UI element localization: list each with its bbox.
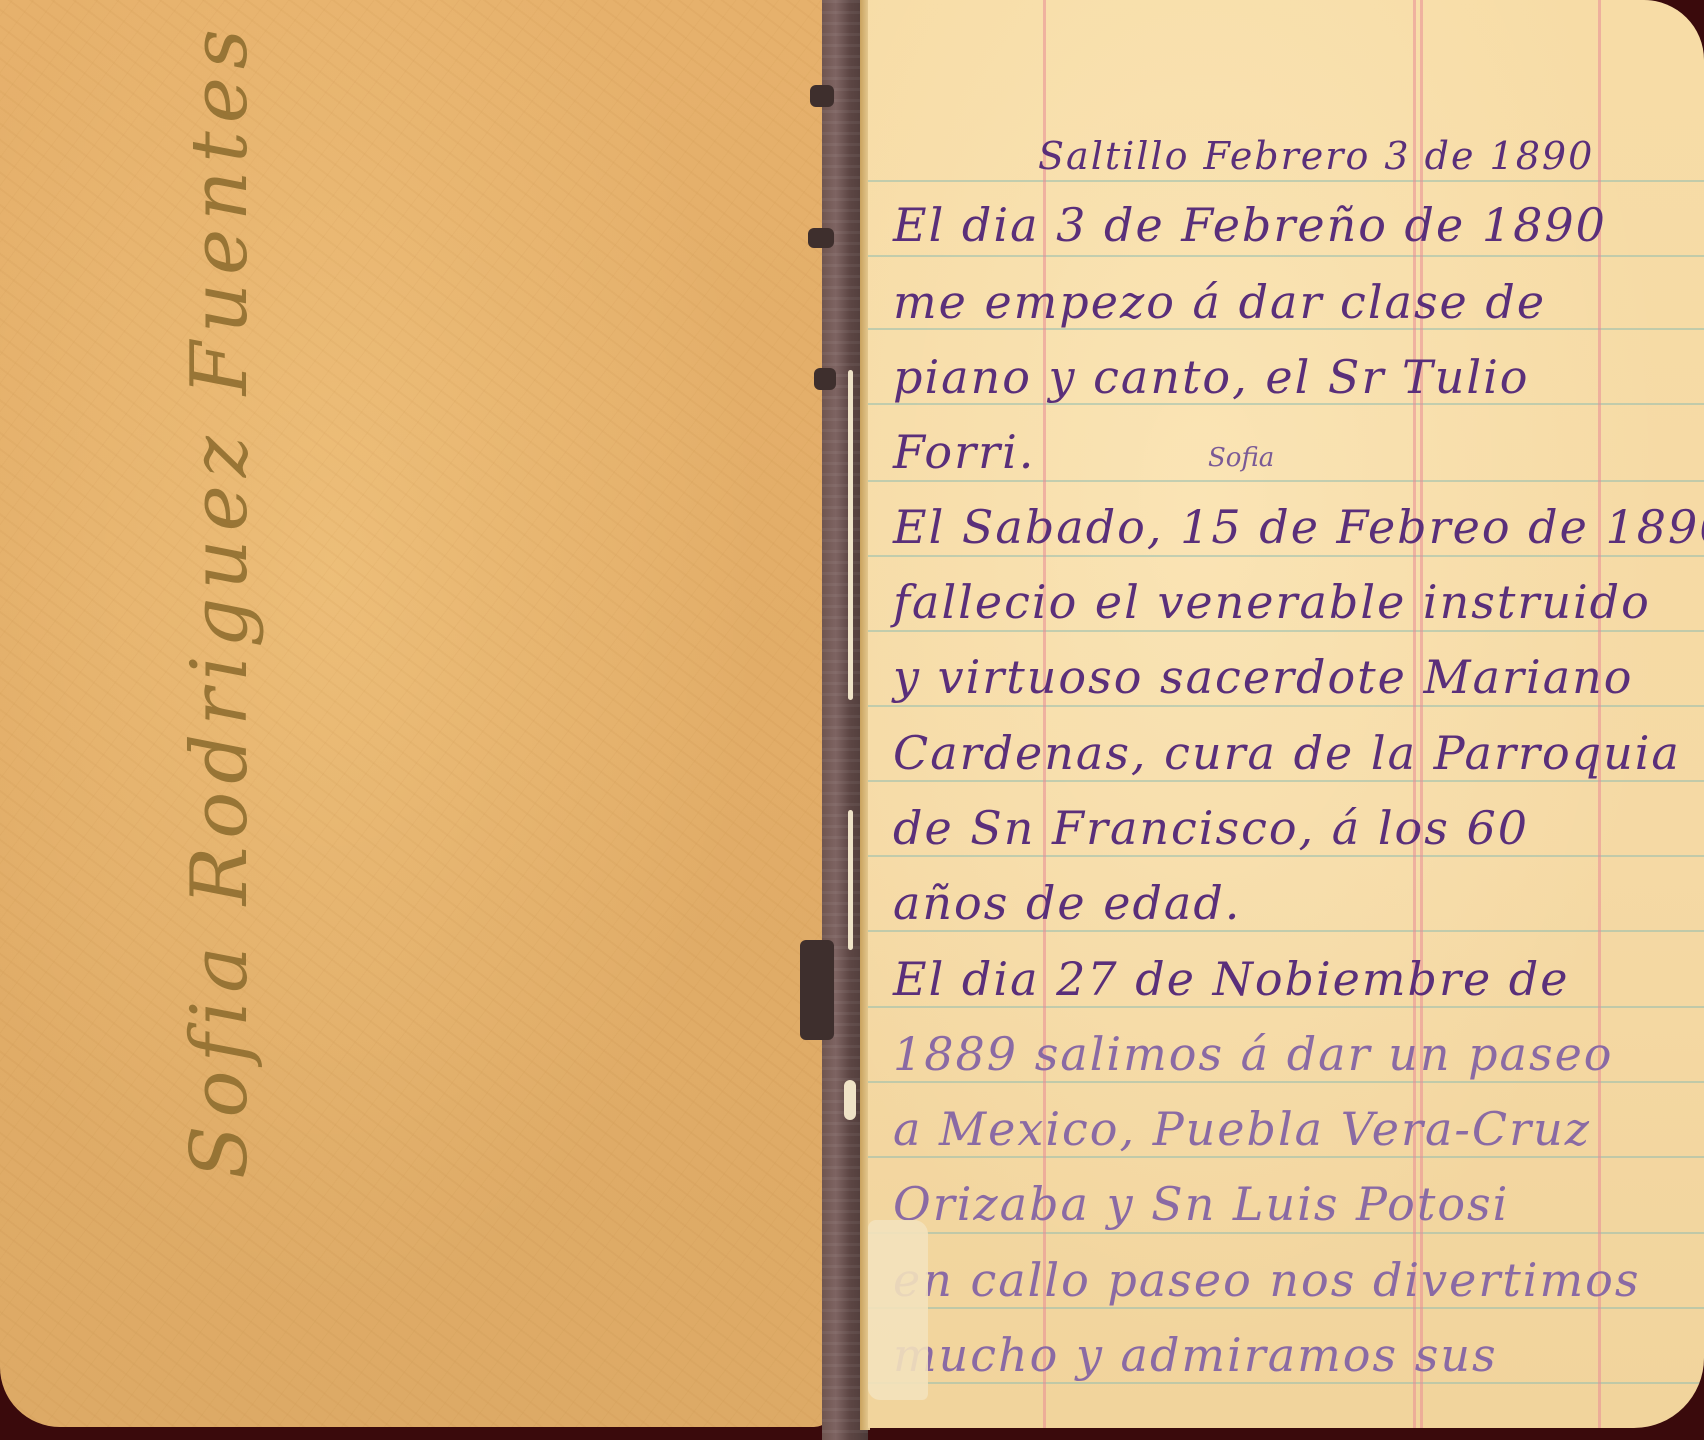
text-line: El dia 3 de Febreño de 1890 — [893, 198, 1607, 252]
notebook-scan: Sofia Rodriguez Fuentes Sa — [0, 0, 1704, 1440]
text-line: piano y canto, el Sr Tulio — [893, 350, 1529, 404]
binding-thread — [848, 810, 853, 950]
spine-tear — [814, 368, 836, 390]
torn-paper-scrap — [868, 1220, 928, 1400]
entry-heading: Saltillo Febrero 3 de 1890 — [1038, 134, 1594, 178]
interlinear-note: Sofia — [1208, 443, 1274, 473]
spine-tear — [808, 228, 834, 248]
text-line: en callo paseo nos divertimos — [893, 1253, 1640, 1307]
text-line: Forri. — [893, 425, 1035, 479]
text-line: 1889 salimos á dar un paseo — [893, 1027, 1613, 1081]
text-line: mucho y admiramos sus — [893, 1328, 1498, 1382]
text-line: El Sabado, 15 de Febreo de 1890 — [893, 500, 1704, 554]
text-line: de Sn Francisco, á los 60 — [893, 801, 1529, 855]
binding-thread — [848, 370, 853, 700]
diary-text: Saltillo Febrero 3 de 1890 El dia 3 de F… — [868, 0, 1704, 1428]
text-line: años de edad. — [893, 876, 1241, 930]
text-line: y virtuoso sacerdote Mariano — [893, 650, 1633, 704]
text-line: a Mexico, Puebla Vera-Cruz — [893, 1102, 1591, 1156]
spine-tear — [800, 940, 834, 1040]
text-line: Cardenas, cura de la Parroquia — [893, 726, 1681, 780]
spine-tear — [810, 85, 834, 107]
right-page-diary-entry: Saltillo Febrero 3 de 1890 El dia 3 de F… — [868, 0, 1704, 1428]
binding-thread — [844, 1080, 856, 1120]
text-line: El dia 27 de Nobiembre de — [893, 952, 1569, 1006]
text-line: me empezo á dar clase de — [893, 275, 1546, 329]
text-line: Orizaba y Sn Luis Potosi — [893, 1177, 1509, 1231]
left-page-inside-cover: Sofia Rodriguez Fuentes — [0, 0, 832, 1427]
owner-signature: Sofia Rodriguez Fuentes — [175, 21, 265, 1179]
text-line: fallecio el venerable instruido — [893, 575, 1651, 629]
